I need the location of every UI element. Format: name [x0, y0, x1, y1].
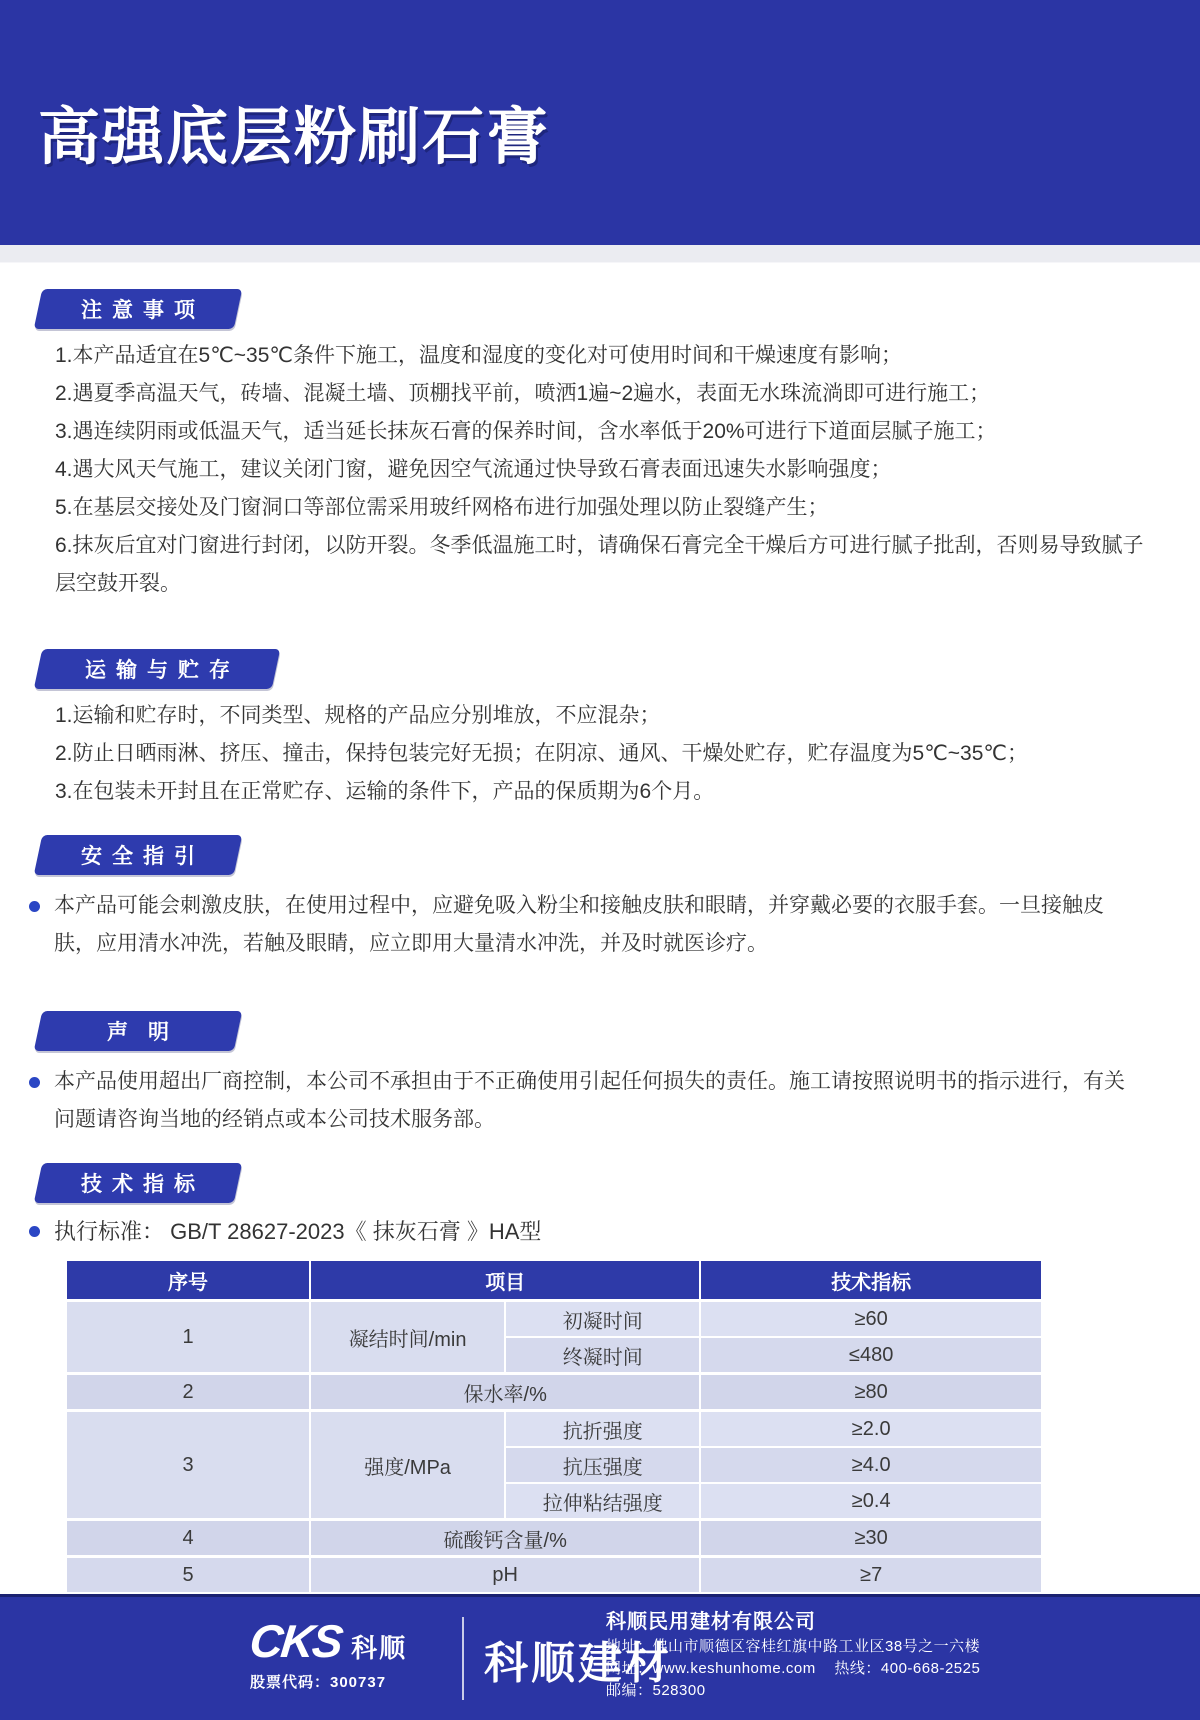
section-title: 技术指标 [71, 1168, 205, 1198]
hero-banner: 高强底层粉刷石膏 [0, 0, 1200, 245]
cell-no: 1 [66, 1301, 310, 1374]
company-contact-line: 网址：www.keshunhome.com 热线：400-668-2525 [606, 1658, 980, 1680]
standard-row: 执行标准： GB/T 28627-2023《 抹灰石膏 》HA型 [55, 1213, 1145, 1251]
cell-value: ≥30 [700, 1520, 1042, 1557]
col-header-no: 序号 [66, 1260, 310, 1301]
table-row: 5 pH ≥7 [66, 1557, 1042, 1594]
bullet-dot-icon [29, 1226, 40, 1237]
cell-sub: 初凝时间 [505, 1301, 700, 1338]
standard-text: 执行标准： GB/T 28627-2023《 抹灰石膏 》HA型 [54, 1213, 541, 1251]
company-hotline: 热线：400-668-2525 [834, 1660, 980, 1677]
table-row: 1 凝结时间/min 初凝时间 ≥60 [66, 1301, 1042, 1338]
company-name: 科顺民用建材有限公司 [606, 1611, 980, 1633]
cell-sub: 抗压强度 [505, 1447, 700, 1483]
company-info: 科顺民用建材有限公司 地址：佛山市顺德区容桂红旗中路工业区38号之一六楼 网址：… [606, 1611, 980, 1702]
cell-no: 4 [66, 1520, 310, 1557]
notice-item: 2.遇夏季高温天气，砖墙、混凝土墙、顶棚找平前，喷洒1遍~2遍水，表面无水珠流淌… [55, 375, 1145, 413]
notice-list: 1.本产品适宜在5℃~35℃条件下施工，温度和湿度的变化对可使用时间和干燥速度有… [55, 337, 1145, 603]
cell-value: ≥2.0 [700, 1411, 1042, 1448]
cell-value: ≥4.0 [700, 1447, 1042, 1483]
table-row: 2 保水率/% ≥80 [66, 1374, 1042, 1411]
section-header-statement: 声明 [34, 1011, 243, 1051]
page-title: 高强底层粉刷石膏 [38, 87, 550, 176]
cks-logo-icon: CKS [248, 1619, 344, 1663]
section-title: 注意事项 [71, 294, 205, 324]
cell-value: ≤480 [700, 1337, 1042, 1374]
footer-divider [462, 1617, 464, 1700]
spec-table: 序号 项目 技术指标 1 凝结时间/min 初凝时间 ≥60 终凝时间 ≤480… [65, 1259, 1043, 1594]
section-title: 运输与贮存 [75, 654, 240, 684]
cell-sub: 抗折强度 [505, 1411, 700, 1448]
cell-value: ≥60 [700, 1301, 1042, 1338]
hero-divider-strip [0, 245, 1200, 263]
transport-list: 1.运输和贮存时，不同类型、规格的产品应分别堆放，不应混杂； 2.防止日晒雨淋、… [55, 697, 1145, 811]
company-postcode: 邮编：528300 [606, 1680, 980, 1702]
table-row: 3 强度/MPa 抗折强度 ≥2.0 [66, 1411, 1042, 1448]
cell-item: 硫酸钙含量/% [310, 1520, 700, 1557]
cell-value: ≥0.4 [700, 1483, 1042, 1520]
col-header-item: 项目 [310, 1260, 700, 1301]
notice-item: 3.遇连续阴雨或低温天气，适当延长抹灰石膏的保养时间，含水率低于20%可进行下道… [55, 413, 1145, 451]
cell-sub: 拉伸粘结强度 [505, 1483, 700, 1520]
company-website: 网址：www.keshunhome.com [606, 1660, 816, 1677]
bullet-dot-icon [29, 1077, 40, 1088]
notice-item: 5.在基层交接处及门窗洞口等部位需采用玻纤网格布进行加强处理以防止裂缝产生； [55, 489, 1145, 527]
cell-sub: 终凝时间 [505, 1337, 700, 1374]
cell-no: 5 [66, 1557, 310, 1594]
section-header-tech: 技术指标 [34, 1163, 243, 1203]
company-address: 地址：佛山市顺德区容桂红旗中路工业区38号之一六楼 [606, 1636, 980, 1658]
cell-item: pH [310, 1557, 700, 1594]
safety-text: 本产品可能会刺激皮肤，在使用过程中，应避免吸入粉尘和接触皮肤和眼睛，并穿戴必要的… [54, 887, 1145, 963]
statement-text: 本产品使用超出厂商控制，本公司不承担由于不正确使用引起任何损失的责任。施工请按照… [54, 1063, 1145, 1139]
safety-bullet-row: 本产品可能会刺激皮肤，在使用过程中，应避免吸入粉尘和接触皮肤和眼睛，并穿戴必要的… [55, 887, 1145, 963]
cell-value: ≥7 [700, 1557, 1042, 1594]
col-header-index: 技术指标 [700, 1260, 1042, 1301]
cell-item: 强度/MPa [310, 1411, 505, 1520]
table-row: 4 硫酸钙含量/% ≥30 [66, 1520, 1042, 1557]
notice-item: 6.抹灰后宜对门窗进行封闭，以防开裂。冬季低温施工时，请确保石膏完全干燥后方可进… [55, 527, 1145, 603]
section-header-notice: 注意事项 [34, 289, 243, 329]
cell-item: 凝结时间/min [310, 1301, 505, 1374]
section-header-safety: 安全指引 [34, 835, 243, 875]
table-header-row: 序号 项目 技术指标 [66, 1260, 1042, 1301]
notice-item: 4.遇大风天气施工，建议关闭门窗，避免因空气流通过快导致石膏表面迅速失水影响强度… [55, 451, 1145, 489]
transport-item: 2.防止日晒雨淋、挤压、撞击，保持包装完好无损；在阴凉、通风、干燥处贮存，贮存温… [55, 735, 1145, 773]
section-header-transport: 运输与贮存 [34, 649, 281, 689]
logo-cn-label: 科顺 [351, 1633, 407, 1663]
statement-bullet-row: 本产品使用超出厂商控制，本公司不承担由于不正确使用引起任何损失的责任。施工请按照… [55, 1063, 1145, 1139]
footer: CKS 科顺 股票代码：300737 科顺建材 科顺民用建材有限公司 地址：佛山… [0, 1594, 1200, 1720]
cell-value: ≥80 [700, 1374, 1042, 1411]
cell-no: 2 [66, 1374, 310, 1411]
bullet-dot-icon [29, 901, 40, 912]
company-logo: CKS 科顺 股票代码：300737 [250, 1619, 407, 1692]
transport-item: 3.在包装未开封且在正常贮存、运输的条件下，产品的保质期为6个月。 [55, 773, 1145, 811]
cell-no: 3 [66, 1411, 310, 1520]
notice-item: 1.本产品适宜在5℃~35℃条件下施工，温度和湿度的变化对可使用时间和干燥速度有… [55, 337, 1145, 375]
cell-item: 保水率/% [310, 1374, 700, 1411]
section-title: 安全指引 [71, 840, 205, 870]
stock-code: 股票代码：300737 [250, 1671, 407, 1692]
page-content: 注意事项 1.本产品适宜在5℃~35℃条件下施工，温度和湿度的变化对可使用时间和… [0, 263, 1200, 1594]
transport-item: 1.运输和贮存时，不同类型、规格的产品应分别堆放，不应混杂； [55, 697, 1145, 735]
section-title: 声明 [87, 1016, 189, 1046]
